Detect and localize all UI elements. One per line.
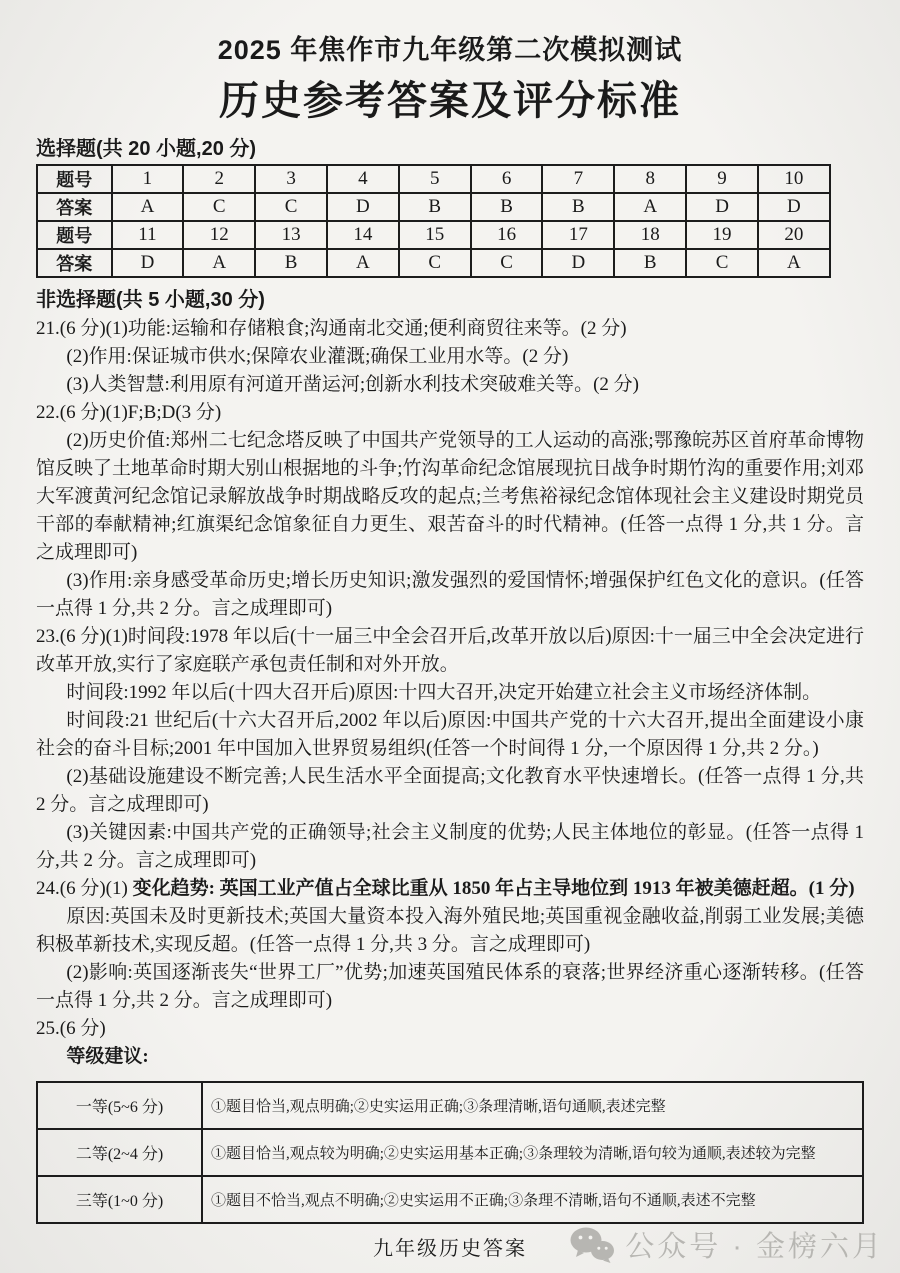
answer-q22-part1: 22.(6 分)(1)F;B;D(3 分) bbox=[36, 399, 864, 427]
answer-cell: A bbox=[183, 249, 255, 277]
choice-section-heading: 选择题(共 20 小题,20 分) bbox=[36, 132, 864, 161]
answer-cell: D bbox=[112, 249, 184, 277]
question-number-cell: 15 bbox=[399, 221, 471, 249]
grade-label: 三等(1~0 分) bbox=[37, 1176, 202, 1223]
answer-cell: A bbox=[112, 193, 184, 221]
row-label: 题号 bbox=[37, 221, 112, 249]
question-number-cell: 9 bbox=[686, 165, 758, 193]
answer-cell: B bbox=[542, 193, 614, 221]
answer-cell: D bbox=[327, 193, 399, 221]
grade-criteria: ①题目恰当,观点明确;②史实运用正确;③条理清晰,语句通顺,表述完整 bbox=[202, 1082, 863, 1129]
answer-cell: C bbox=[399, 249, 471, 277]
answer-q23-part1: 23.(6 分)(1)时间段:1978 年以后(十一届三中全会召开后,改革开放以… bbox=[36, 623, 864, 679]
answer-q23-part3: (3)关键因素:中国共产党的正确领导;社会主义制度的优势;人民主体地位的彰显。(… bbox=[36, 819, 864, 875]
row-label: 答案 bbox=[37, 249, 112, 277]
answers-body: 21.(6 分)(1)功能:运输和存储粮食;沟通南北交通;便利商贸往来等。(2 … bbox=[36, 315, 864, 1071]
rubric-row: 二等(2~4 分) ①题目恰当,观点较为明确;②史实运用基本正确;③条理较为清晰… bbox=[37, 1129, 863, 1176]
answer-cell: B bbox=[399, 193, 471, 221]
document-page: 2025 年焦作市九年级第二次模拟测试 历史参考答案及评分标准 选择题(共 20… bbox=[0, 0, 900, 1273]
grade-label: 一等(5~6 分) bbox=[37, 1082, 202, 1129]
answer-cell: C bbox=[471, 249, 543, 277]
answer-q24-reasons: 原因:英国未及时更新技术;英国大量资本投入海外殖民地;英国重视金融收益,削弱工业… bbox=[36, 903, 864, 959]
answer-q23-period2: 时间段:1992 年以后(十四大召开后)原因:十四大召开,决定开始建立社会主义市… bbox=[36, 679, 864, 707]
table-row: 答案 A C C D B B B A D D bbox=[37, 193, 830, 221]
answer-q25-head: 25.(6 分) bbox=[36, 1015, 864, 1043]
answer-cell: A bbox=[327, 249, 399, 277]
answer-q25-grade-label: 等级建议: bbox=[36, 1043, 864, 1071]
question-number-cell: 8 bbox=[614, 165, 686, 193]
question-number-cell: 18 bbox=[614, 221, 686, 249]
table-row: 答案 D A B A C C D B C A bbox=[37, 249, 830, 277]
answer-cell: A bbox=[614, 193, 686, 221]
question-number-cell: 6 bbox=[471, 165, 543, 193]
rubric-row: 一等(5~6 分) ①题目恰当,观点明确;②史实运用正确;③条理清晰,语句通顺,… bbox=[37, 1082, 863, 1129]
answer-cell: B bbox=[614, 249, 686, 277]
answer-q22-part3: (3)作用:亲身感受革命历史;增长历史知识;激发强烈的爱国情怀;增强保护红色文化… bbox=[36, 567, 864, 623]
exam-title: 2025 年焦作市九年级第二次模拟测试 bbox=[36, 28, 864, 67]
answer-cell: D bbox=[758, 193, 830, 221]
answer-q22-part2: (2)历史价值:郑州二七纪念塔反映了中国共产党领导的工人运动的高涨;鄂豫皖苏区首… bbox=[36, 427, 864, 567]
grade-label: 二等(2~4 分) bbox=[37, 1129, 202, 1176]
question-number-cell: 16 bbox=[471, 221, 543, 249]
answer-key-table: 题号 1 2 3 4 5 6 7 8 9 10 答案 A C C D B B B… bbox=[36, 164, 831, 278]
answer-cell: C bbox=[183, 193, 255, 221]
answer-cell: C bbox=[686, 249, 758, 277]
question-number-cell: 20 bbox=[758, 221, 830, 249]
question-number-cell: 14 bbox=[327, 221, 399, 249]
answer-q23-part2: (2)基础设施建设不断完善;人民生活水平全面提高;文化教育水平快速增长。(任答一… bbox=[36, 763, 864, 819]
row-label: 答案 bbox=[37, 193, 112, 221]
answer-q21-part3: (3)人类智慧:利用原有河道开凿运河;创新水利技术突破难关等。(2 分) bbox=[36, 371, 864, 399]
answer-q24-part2: (2)影响:英国逐渐丧失“世界工厂”优势;加速英国殖民体系的衰落;世界经济重心逐… bbox=[36, 959, 864, 1015]
watermark-text: 公众号 · 金榜六月 bbox=[625, 1224, 884, 1265]
answer-cell: C bbox=[255, 193, 327, 221]
question-number-cell: 10 bbox=[758, 165, 830, 193]
answer-q24-part1: 24.(6 分)(1) 变化趋势: 英国工业产值占全球比重从 1850 年占主导… bbox=[36, 875, 864, 903]
question-number-cell: 5 bbox=[399, 165, 471, 193]
question-number-cell: 13 bbox=[255, 221, 327, 249]
question-number-cell: 7 bbox=[542, 165, 614, 193]
question-number-cell: 12 bbox=[183, 221, 255, 249]
answer-q21-part2: (2)作用:保证城市供水;保障农业灌溉;确保工业用水等。(2 分) bbox=[36, 343, 864, 371]
answer-cell: A bbox=[758, 249, 830, 277]
grading-rubric-table: 一等(5~6 分) ①题目恰当,观点明确;②史实运用正确;③条理清晰,语句通顺,… bbox=[36, 1081, 864, 1224]
noncho-section-heading: 非选择题(共 5 小题,30 分) bbox=[36, 283, 864, 312]
question-number-cell: 19 bbox=[686, 221, 758, 249]
answer-q21-part1: 21.(6 分)(1)功能:运输和存储粮食;沟通南北交通;便利商贸往来等。(2 … bbox=[36, 315, 864, 343]
answer-cell: B bbox=[255, 249, 327, 277]
watermark: 公众号 · 金榜六月 bbox=[569, 1224, 884, 1265]
table-row: 题号 11 12 13 14 15 16 17 18 19 20 bbox=[37, 221, 830, 249]
answer-q23-period3: 时间段:21 世纪后(十六大召开后,2002 年以后)原因:中国共产党的十六大召… bbox=[36, 707, 864, 763]
table-row: 题号 1 2 3 4 5 6 7 8 9 10 bbox=[37, 165, 830, 193]
q24-number: 24.(6 分)(1) bbox=[36, 878, 133, 899]
answer-cell: B bbox=[471, 193, 543, 221]
rubric-row: 三等(1~0 分) ①题目不恰当,观点不明确;②史实运用不正确;③条理不清晰,语… bbox=[37, 1176, 863, 1223]
wechat-icon bbox=[569, 1226, 615, 1264]
question-number-cell: 11 bbox=[112, 221, 184, 249]
grade-criteria: ①题目恰当,观点较为明确;②史实运用基本正确;③条理较为清晰,语句较为通顺,表述… bbox=[202, 1129, 863, 1176]
answer-cell: D bbox=[542, 249, 614, 277]
question-number-cell: 2 bbox=[183, 165, 255, 193]
question-number-cell: 1 bbox=[112, 165, 184, 193]
page-title: 历史参考答案及评分标准 bbox=[36, 69, 864, 126]
answer-cell: D bbox=[686, 193, 758, 221]
question-number-cell: 17 bbox=[542, 221, 614, 249]
grade-criteria: ①题目不恰当,观点不明确;②史实运用不正确;③条理不清晰,语句不通顺,表述不完整 bbox=[202, 1176, 863, 1223]
question-number-cell: 4 bbox=[327, 165, 399, 193]
question-number-cell: 3 bbox=[255, 165, 327, 193]
q24-trend-bold: 变化趋势: 英国工业产值占全球比重从 1850 年占主导地位到 1913 年被美… bbox=[133, 878, 855, 899]
row-label: 题号 bbox=[37, 165, 112, 193]
